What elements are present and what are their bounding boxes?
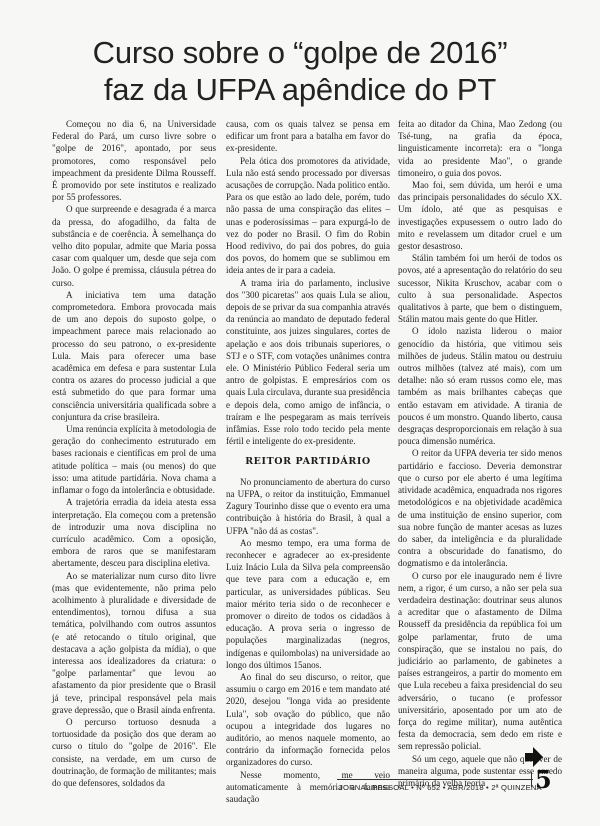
paragraph: feita ao ditador da China, Mao Zedong (o…	[398, 118, 562, 179]
paragraph: Ao mesmo tempo, era uma forma de reconhe…	[226, 537, 390, 671]
column-1: Começou no dia 6, na Universidade Federa…	[52, 118, 216, 789]
headline-line-2: faz da UFPA apêndice do PT	[0, 71, 600, 108]
paragraph: Ao se materializar num curso dito livre …	[52, 570, 216, 716]
arrow-right-icon	[525, 747, 543, 767]
newspaper-page: Curso sobre o “golpe de 2016” faz da UFP…	[0, 0, 600, 826]
publication-info: JORNAL PESSOAL • Nº 652 • ABR/2018 • 2ª …	[339, 783, 542, 792]
article-body: Começou no dia 6, na Universidade Federa…	[52, 118, 572, 768]
paragraph: O que surpreende e desagrada é a marca d…	[52, 203, 216, 288]
column-3: feita ao ditador da China, Mao Zedong (o…	[398, 118, 562, 789]
paragraph: A iniciativa tem uma datação comprometed…	[52, 289, 216, 423]
headline: Curso sobre o “golpe de 2016” faz da UFP…	[0, 34, 600, 108]
paragraph: O percurso tortuoso desnuda a tortuosida…	[52, 716, 216, 789]
section-subhead: REITOR PARTIDÁRIO	[226, 456, 390, 468]
footer-rule	[337, 779, 533, 780]
paragraph: Uma renúncia explícita à metodologia de …	[52, 423, 216, 496]
headline-line-1: Curso sobre o “golpe de 2016”	[0, 34, 600, 71]
page-number: 5	[535, 768, 552, 792]
paragraph: O reitor da UFPA deveria ter sido menos …	[398, 447, 562, 569]
paragraph: Stálin também foi um herói de todos os p…	[398, 252, 562, 325]
paragraph: A trama iria do parlamento, inclusive do…	[226, 277, 390, 448]
paragraph: Mao foi, sem dúvida, um herói e uma das …	[398, 179, 562, 252]
paragraph: No pronunciamento de abertura do curso n…	[226, 476, 390, 537]
paragraph: A trajetória erradia da ideia atesta ess…	[52, 496, 216, 569]
paragraph: causa, com os quais talvez se pensa em e…	[226, 118, 390, 155]
column-2: causa, com os quais talvez se pensa em e…	[226, 118, 390, 805]
paragraph: O ídolo nazista liderou o maior genocídi…	[398, 325, 562, 447]
paragraph: O curso por ele inaugurado nem é livre n…	[398, 570, 562, 753]
paragraph: Pela ótica dos promotores da atividade, …	[226, 155, 390, 277]
paragraph: Começou no dia 6, na Universidade Federa…	[52, 118, 216, 203]
paragraph: Ao final do seu discurso, o reitor, que …	[226, 671, 390, 769]
